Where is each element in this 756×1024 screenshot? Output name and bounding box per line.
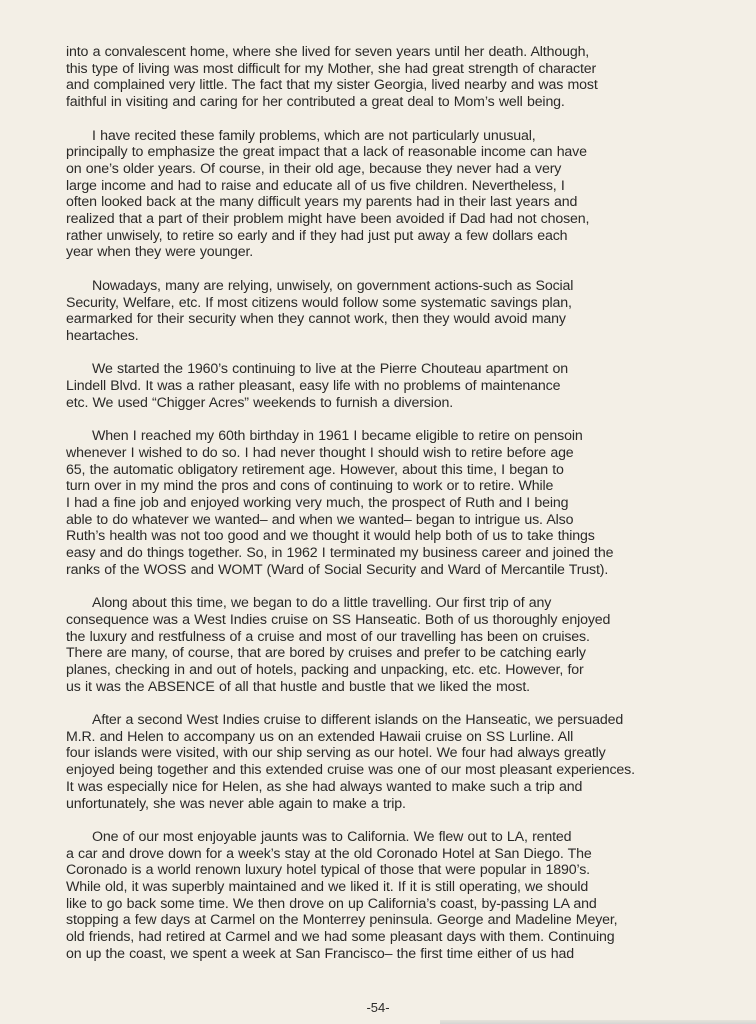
text-line: whenever I wished to do so. I had never … — [66, 445, 696, 462]
text-line: stopping a few days at Carmel on the Mon… — [66, 912, 696, 929]
paragraph: When I reached my 60th birthday in 1961 … — [66, 428, 696, 578]
text-line: a car and drove down for a week’s stay a… — [66, 846, 696, 863]
text-line: planes, checking in and out of hotels, p… — [66, 662, 696, 679]
text-line: faithful in visiting and caring for her … — [66, 94, 696, 111]
text-line: and complained very little. The fact tha… — [66, 77, 696, 94]
text-line: enjoyed being together and this extended… — [66, 762, 696, 779]
text-line: Security, Welfare, etc. If most citizens… — [66, 295, 696, 312]
text-line: turn over in my mind the pros and cons o… — [66, 478, 696, 495]
text-line: able to do whatever we wanted– and when … — [66, 512, 696, 529]
text-line: M.R. and Helen to accompany us on an ext… — [66, 729, 696, 746]
text-line: old friends, had retired at Carmel and w… — [66, 929, 696, 946]
text-line: often looked back at the many difficult … — [66, 194, 696, 211]
text-line: I had a fine job and enjoyed working ver… — [66, 495, 696, 512]
paragraph: One of our most enjoyable jaunts was to … — [66, 829, 696, 963]
text-line: While old, it was superbly maintained an… — [66, 879, 696, 896]
text-line: etc. We used “Chigger Acres” weekends to… — [66, 395, 696, 412]
text-line: the luxury and restfulness of a cruise a… — [66, 629, 696, 646]
text-line: ranks of the WOSS and WOMT (Ward of Soci… — [66, 562, 696, 579]
text-line: There are many, of course, that are bore… — [66, 645, 696, 662]
text-line: consequence was a West Indies cruise on … — [66, 612, 696, 629]
document-page: into a convalescent home, where she live… — [0, 0, 756, 1024]
text-line: unfortunately, she was never able again … — [66, 796, 696, 813]
paragraph: After a second West Indies cruise to dif… — [66, 712, 696, 812]
text-line: After a second West Indies cruise to dif… — [66, 712, 696, 729]
page-number: -54- — [0, 1000, 756, 1015]
text-line: 65, the automatic obligatory retirement … — [66, 462, 696, 479]
text-line: year when they were younger. — [66, 244, 696, 261]
text-line: heartaches. — [66, 328, 696, 345]
text-line: rather unwisely, to retire so early and … — [66, 228, 696, 245]
text-line: large income and had to raise and educat… — [66, 178, 696, 195]
text-line: realized that a part of their problem mi… — [66, 211, 696, 228]
text-line: us it was the ABSENCE of all that hustle… — [66, 679, 696, 696]
text-line: four islands were visited, with our ship… — [66, 745, 696, 762]
paragraph: Nowadays, many are relying, unwisely, on… — [66, 278, 696, 345]
text-line: principally to emphasize the great impac… — [66, 144, 696, 161]
text-line: It was especially nice for Helen, as she… — [66, 779, 696, 796]
paragraph: into a convalescent home, where she live… — [66, 44, 696, 111]
text-line: I have recited these family problems, wh… — [66, 128, 696, 145]
text-line: like to go back some time. We then drove… — [66, 896, 696, 913]
paragraph: We started the 1960’s continuing to live… — [66, 361, 696, 411]
text-line: on up the coast, we spent a week at San … — [66, 946, 696, 963]
paragraph: Along about this time, we began to do a … — [66, 595, 696, 695]
text-line: Nowadays, many are relying, unwisely, on… — [66, 278, 696, 295]
text-line: When I reached my 60th birthday in 1961 … — [66, 428, 696, 445]
text-line: this type of living was most difficult f… — [66, 61, 696, 78]
text-line: earmarked for their security when they c… — [66, 311, 696, 328]
text-line: Coronado is a world renown luxury hotel … — [66, 862, 696, 879]
text-line: One of our most enjoyable jaunts was to … — [66, 829, 696, 846]
text-line: into a convalescent home, where she live… — [66, 44, 696, 61]
text-line: Ruth’s health was not too good and we th… — [66, 528, 696, 545]
scan-edge-shadow — [440, 1020, 756, 1024]
text-line: Along about this time, we began to do a … — [66, 595, 696, 612]
body-text: into a convalescent home, where she live… — [66, 44, 696, 979]
text-line: easy and do things together. So, in 1962… — [66, 545, 696, 562]
text-line: on one’s older years. Of course, in thei… — [66, 161, 696, 178]
text-line: Lindell Blvd. It was a rather pleasant, … — [66, 378, 696, 395]
text-line: We started the 1960’s continuing to live… — [66, 361, 696, 378]
paragraph: I have recited these family problems, wh… — [66, 128, 696, 262]
